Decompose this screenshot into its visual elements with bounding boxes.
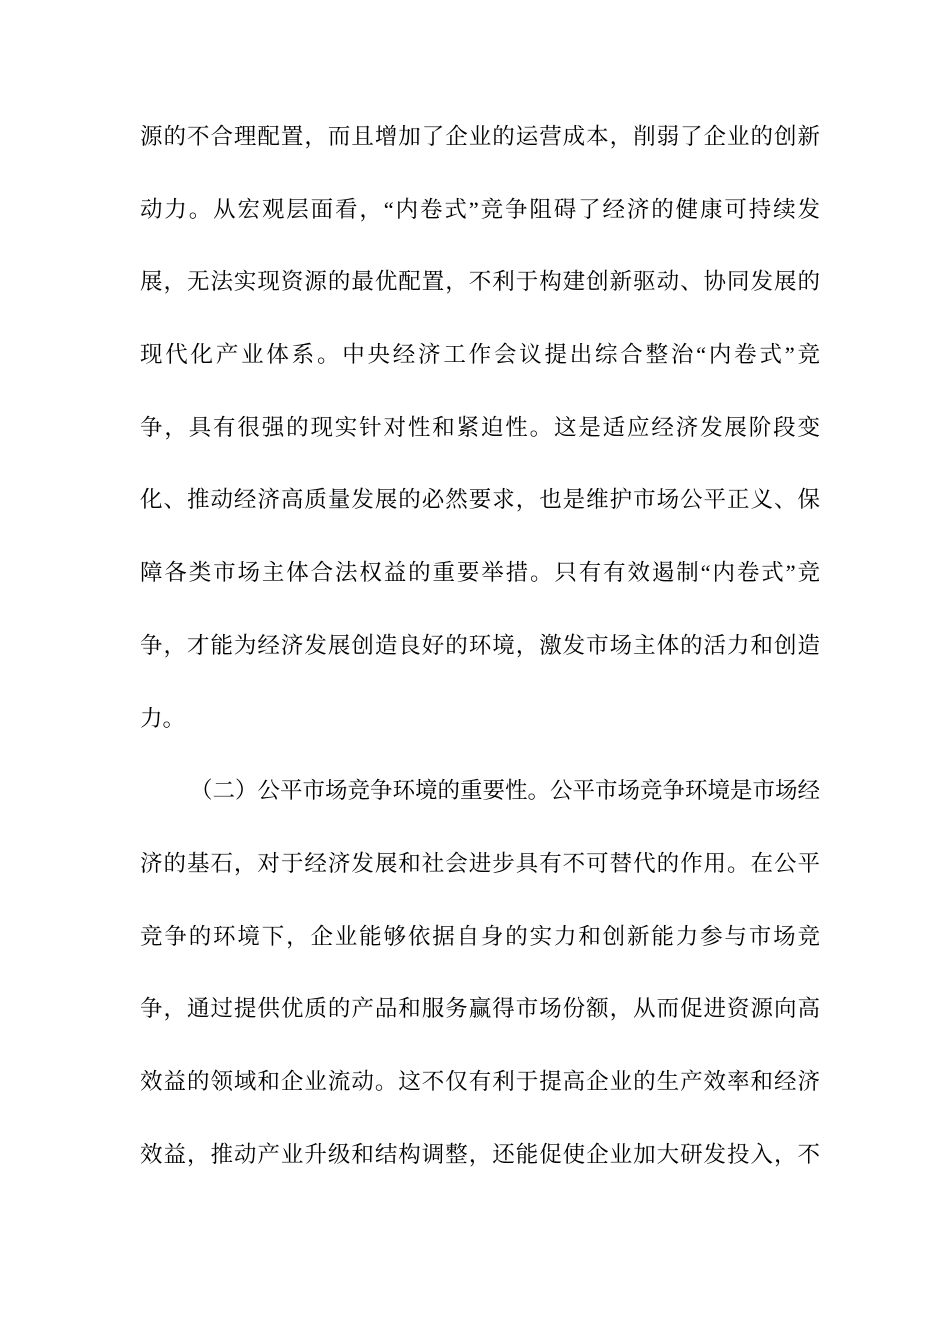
text-line-10: （二）公平市场竞争环境的重要性。公平市场竞争环境是市场经: [140, 755, 820, 828]
text-line-14: 效益的领域和企业流动。这不仅有利于提高企业的生产效率和经济: [140, 1046, 820, 1119]
text-line-11: 济的基石，对于经济发展和社会进步具有不可替代的作用。在公平: [140, 828, 820, 901]
text-line-4: 现代化产业体系。中央经济工作会议提出综合整治“内卷式”竞: [140, 319, 820, 392]
text-line-12: 竞争的环境下，企业能够依据自身的实力和创新能力参与市场竞: [140, 901, 820, 974]
text-line-8: 争，才能为经济发展创造良好的环境，激发市场主体的活力和创造: [140, 610, 820, 683]
text-line-5: 争，具有很强的现实针对性和紧迫性。这是适应经济发展阶段变: [140, 392, 820, 465]
document-body: 源的不合理配置，而且增加了企业的运营成本，削弱了企业的创新动力。从宏观层面看，“…: [140, 101, 820, 1191]
document-page: 源的不合理配置，而且增加了企业的运营成本，削弱了企业的创新动力。从宏观层面看，“…: [0, 0, 950, 1344]
text-line-1: 源的不合理配置，而且增加了企业的运营成本，削弱了企业的创新: [140, 101, 820, 174]
text-line-9: 力。: [140, 683, 820, 756]
text-line-15: 效益，推动产业升级和结构调整，还能促使企业加大研发投入，不: [140, 1119, 820, 1192]
text-line-6: 化、推动经济高质量发展的必然要求，也是维护市场公平正义、保: [140, 464, 820, 537]
text-line-3: 展，无法实现资源的最优配置，不利于构建创新驱动、协同发展的: [140, 246, 820, 319]
text-line-7: 障各类市场主体合法权益的重要举措。只有有效遏制“内卷式”竞: [140, 537, 820, 610]
text-line-2: 动力。从宏观层面看，“内卷式”竞争阻碍了经济的健康可持续发: [140, 174, 820, 247]
text-line-13: 争，通过提供优质的产品和服务赢得市场份额，从而促进资源向高: [140, 973, 820, 1046]
